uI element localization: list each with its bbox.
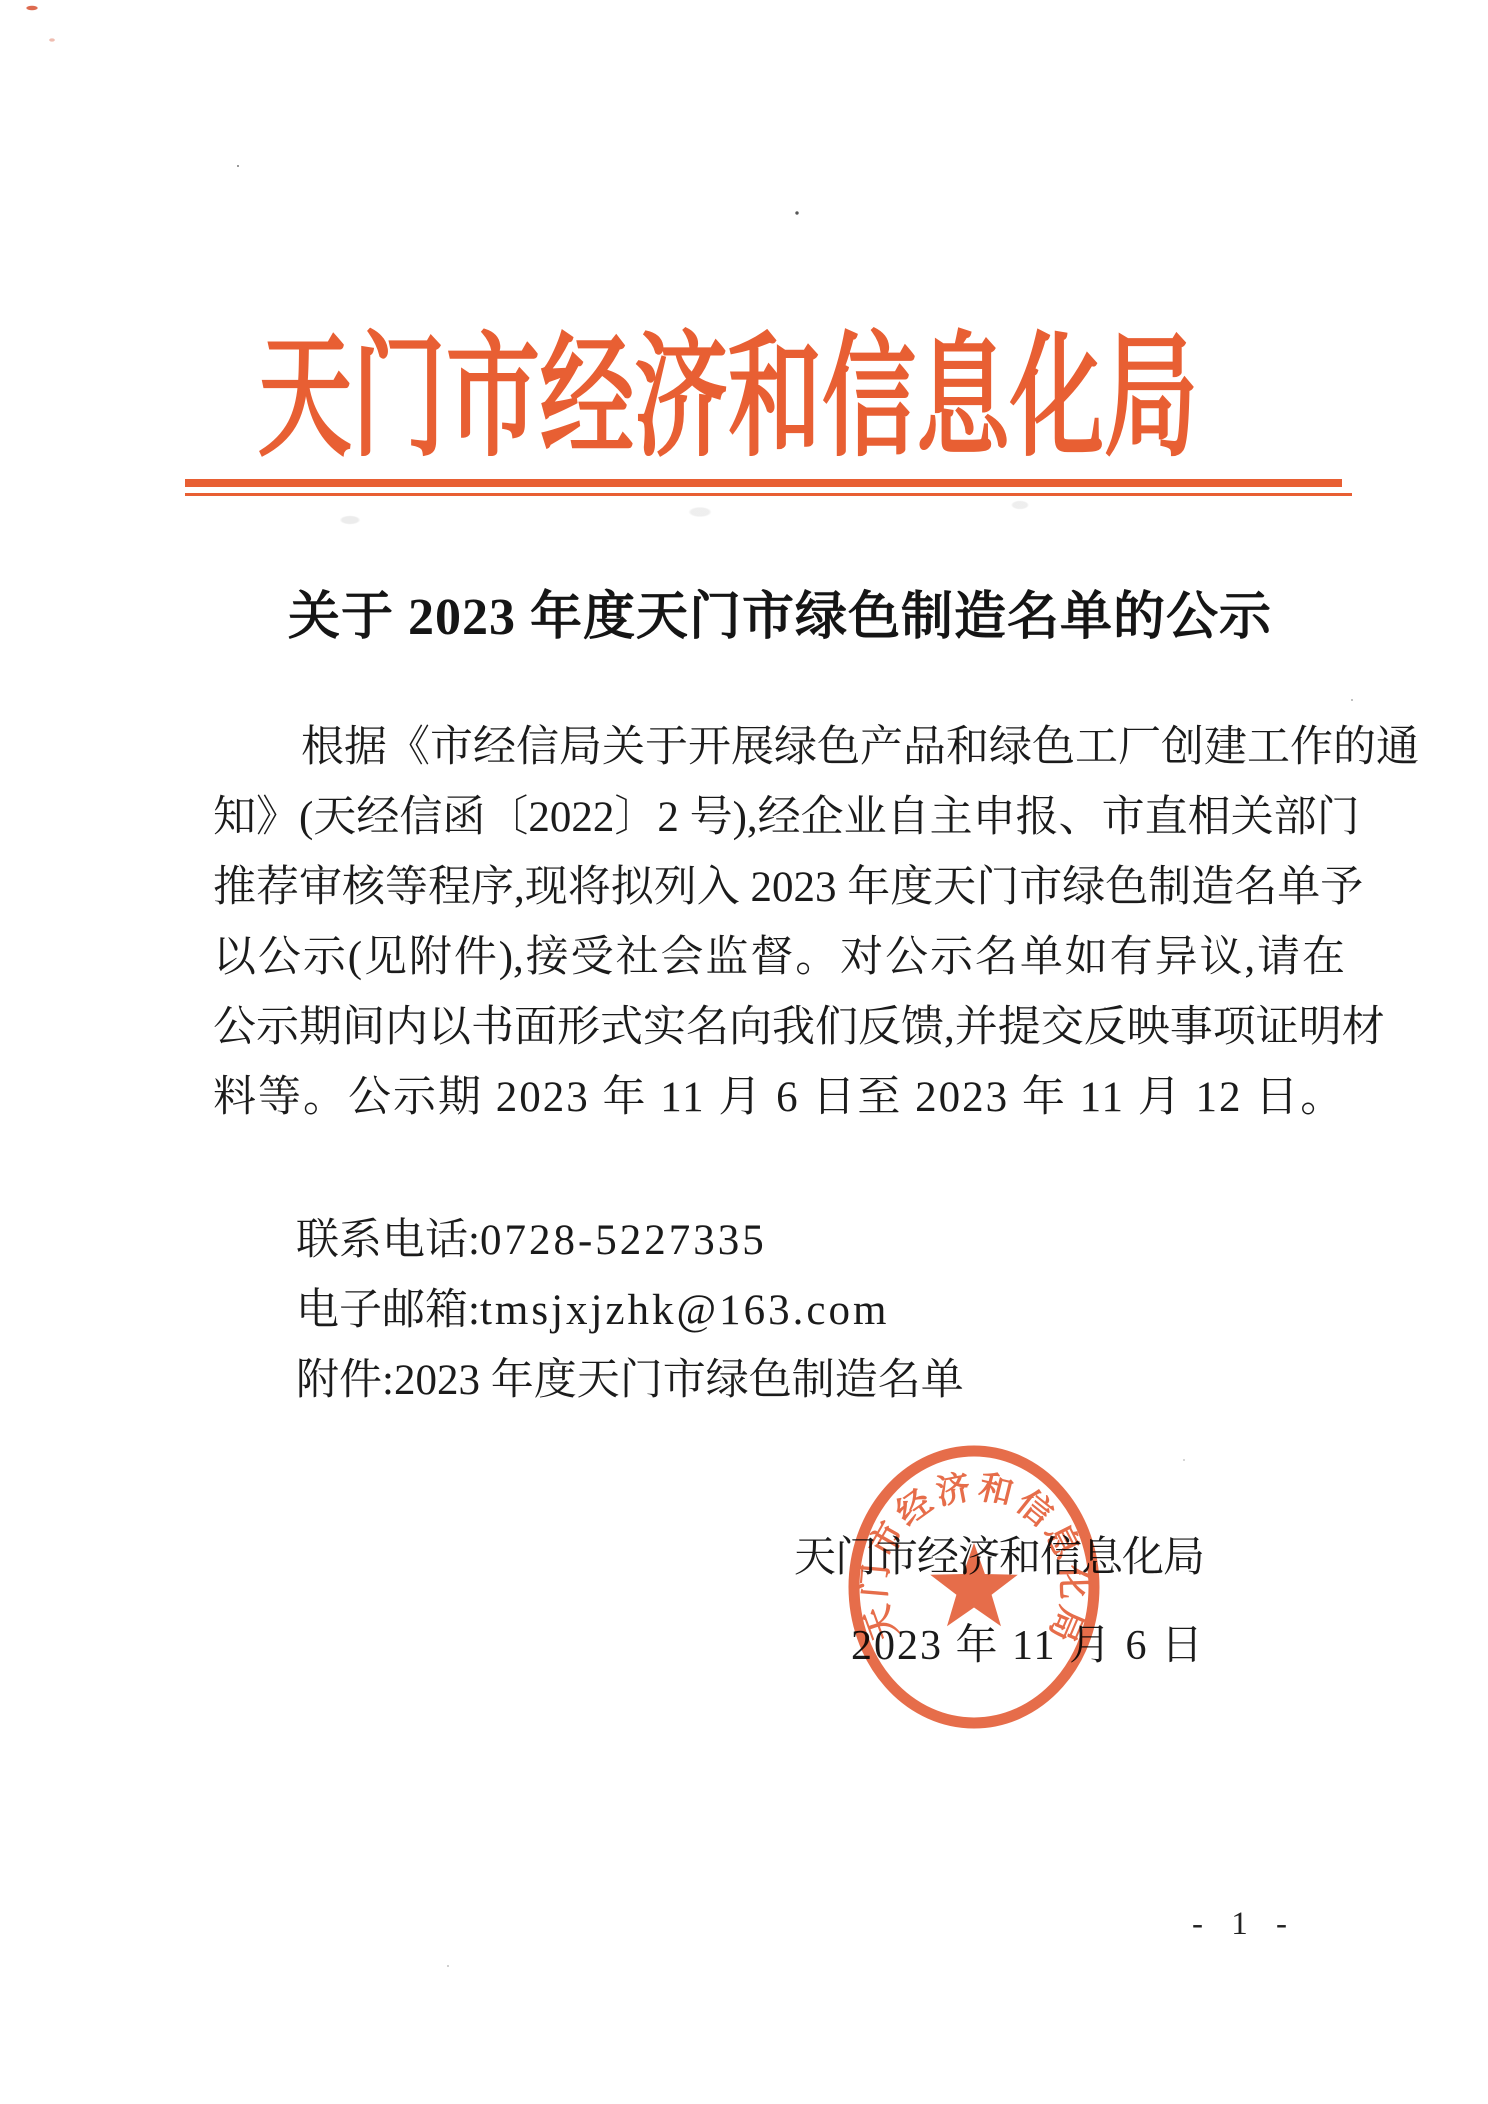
paragraph-line-2: 知》(天经信函〔2022〕2 号),经企业自主申报、市直相关部门 — [213, 783, 1345, 853]
contact-email-label: 电子邮箱: — [296, 1287, 480, 1334]
official-seal: 天门市经济和信息化局 — [845, 1441, 1103, 1733]
contact-phone-value: 0728-5227335 — [480, 1217, 767, 1264]
paragraph-line-5: 公示期间内以书面形式实名向我们反馈,并提交反映事项证明材 — [213, 993, 1345, 1063]
contact-email-value: tmsjxjzhk@163.com — [480, 1287, 890, 1334]
paragraph-line-3: 推荐审核等程序,现将拟列入 2023 年度天门市绿色制造名单予 — [213, 853, 1345, 923]
contact-phone-line: 联系电话:0728-5227335 — [296, 1206, 964, 1276]
contact-block: 联系电话:0728-5227335 电子邮箱:tmsjxjzhk@163.com… — [296, 1206, 964, 1416]
attachment-label: 附件: — [296, 1357, 394, 1404]
scanned-document-page: 天门市经济和信息化局 关于 2023 年度天门市绿色制造名单的公示 根据《市经信… — [0, 0, 1488, 2104]
paragraph-line-6: 料等。公示期 2023 年 11 月 6 日至 2023 年 11 月 12 日… — [213, 1063, 1345, 1133]
seal-star-icon — [930, 1543, 1018, 1626]
letterhead-rule-thin — [185, 493, 1352, 496]
contact-phone-label: 联系电话: — [296, 1217, 480, 1264]
page-number: - 1 - — [1192, 1906, 1297, 1943]
contact-email-line: 电子邮箱:tmsjxjzhk@163.com — [296, 1276, 964, 1346]
attachment-value: 2023 年度天门市绿色制造名单 — [394, 1357, 964, 1404]
body-paragraph: 根据《市经信局关于开展绿色产品和绿色工厂创建工作的通 知》(天经信函〔2022〕… — [213, 713, 1345, 1133]
letterhead-rule-thick — [185, 479, 1342, 487]
paragraph-line-4: 以公示(见附件),接受社会监督。对公示名单如有异议,请在 — [213, 923, 1345, 993]
letterhead-org-name: 天门市经济和信息化局 — [0, 289, 1456, 482]
attachment-line: 附件:2023 年度天门市绿色制造名单 — [296, 1346, 964, 1416]
paragraph-line-1: 根据《市经信局关于开展绿色产品和绿色工厂创建工作的通 — [213, 713, 1345, 783]
document-title: 关于 2023 年度天门市绿色制造名单的公示 — [215, 574, 1345, 649]
